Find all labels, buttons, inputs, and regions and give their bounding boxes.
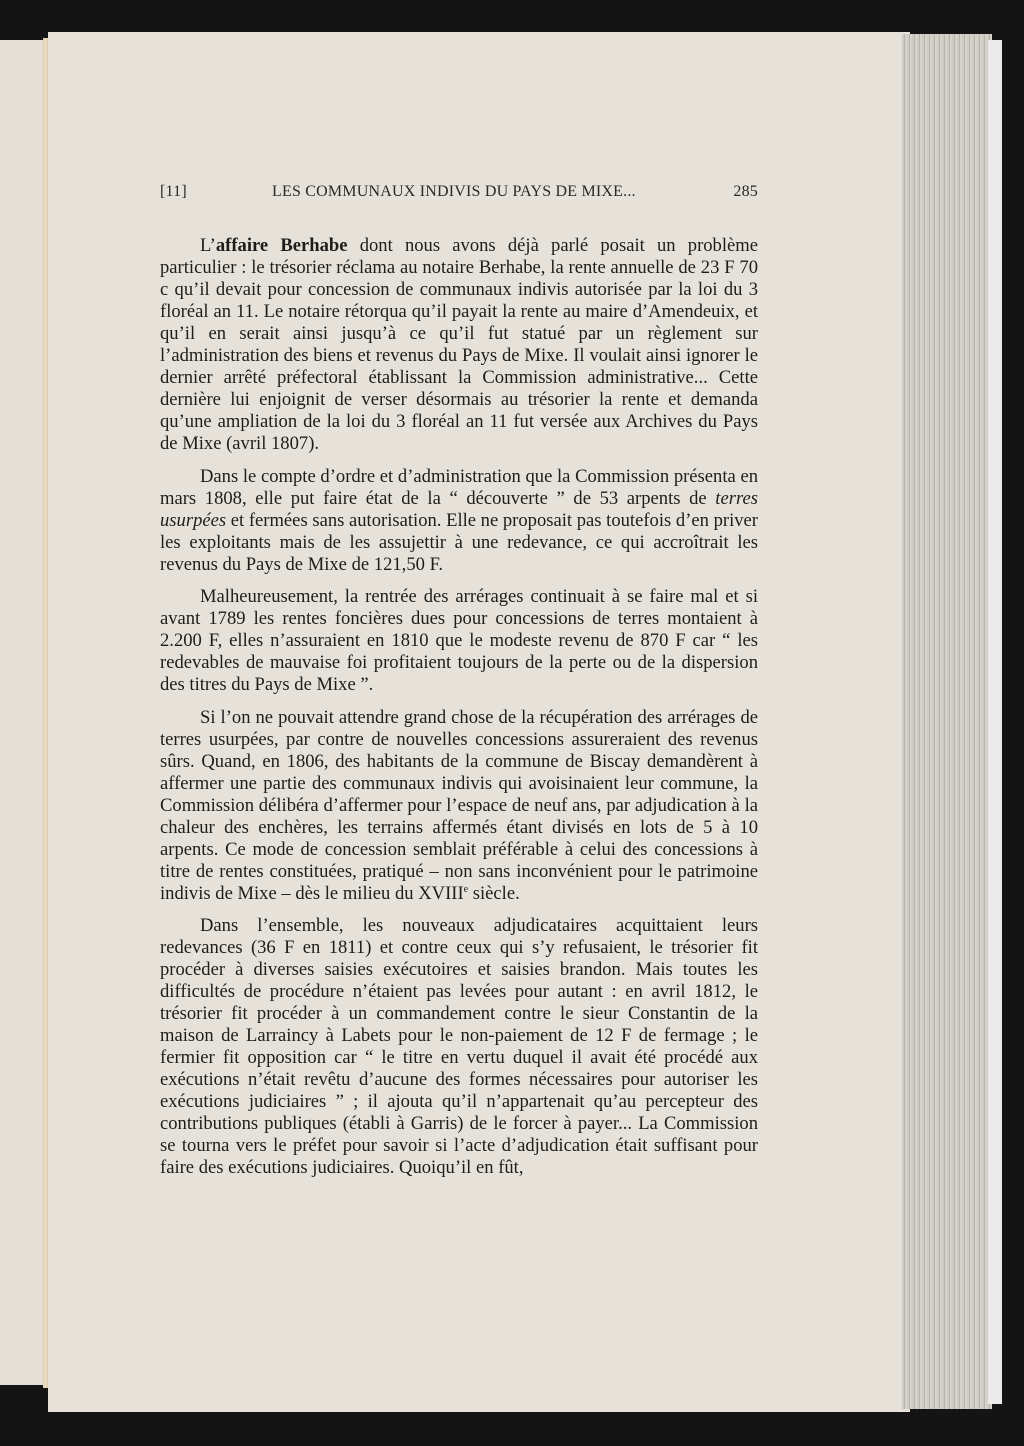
paragraph-arrerages: Malheureusement, la rentrée des arrérage… [160,586,758,696]
lead-prefix: L’ [200,235,216,256]
page-number: 285 [733,183,758,201]
book-cover-edge [988,40,1002,1404]
paragraph-text: et fermées sans autorisation. Elle ne pr… [160,510,758,575]
facing-left-page [0,40,46,1385]
paragraph-adjudicataires: Dans l’ensemble, les nouveaux adjudicata… [160,915,758,1179]
paragraph-text: siècle. [468,883,520,904]
paragraph-text: Dans le compte d’ordre et d’administrati… [160,466,758,509]
running-title: LES COMMUNAUX INDIVIS DU PAYS DE MIXE... [272,183,636,201]
paragraph-text: Dans l’ensemble, les nouveaux adjudicata… [160,915,758,1178]
running-head: [11] LES COMMUNAUX INDIVIS DU PAYS DE MI… [160,183,758,207]
paragraph-compte: Dans le compte d’ordre et d’administrati… [160,466,758,576]
bold-term: affaire Berhabe [216,235,348,256]
paragraph-text: dont nous avons déjà parlé posait un pro… [160,235,758,454]
paragraph-concessions: Si l’on ne pouvait attendre grand chose … [160,707,758,905]
paragraph-text: Malheureusement, la rentrée des arrérage… [160,586,758,695]
section-number: [11] [160,183,187,201]
paragraph-berhabe: L’affaire Berhabe dont nous avons déjà p… [160,235,758,455]
paragraph-text: Si l’on ne pouvait attendre grand chose … [160,707,758,904]
page-stack-edge [902,34,992,1409]
body-text: L’affaire Berhabe dont nous avons déjà p… [160,235,758,1190]
